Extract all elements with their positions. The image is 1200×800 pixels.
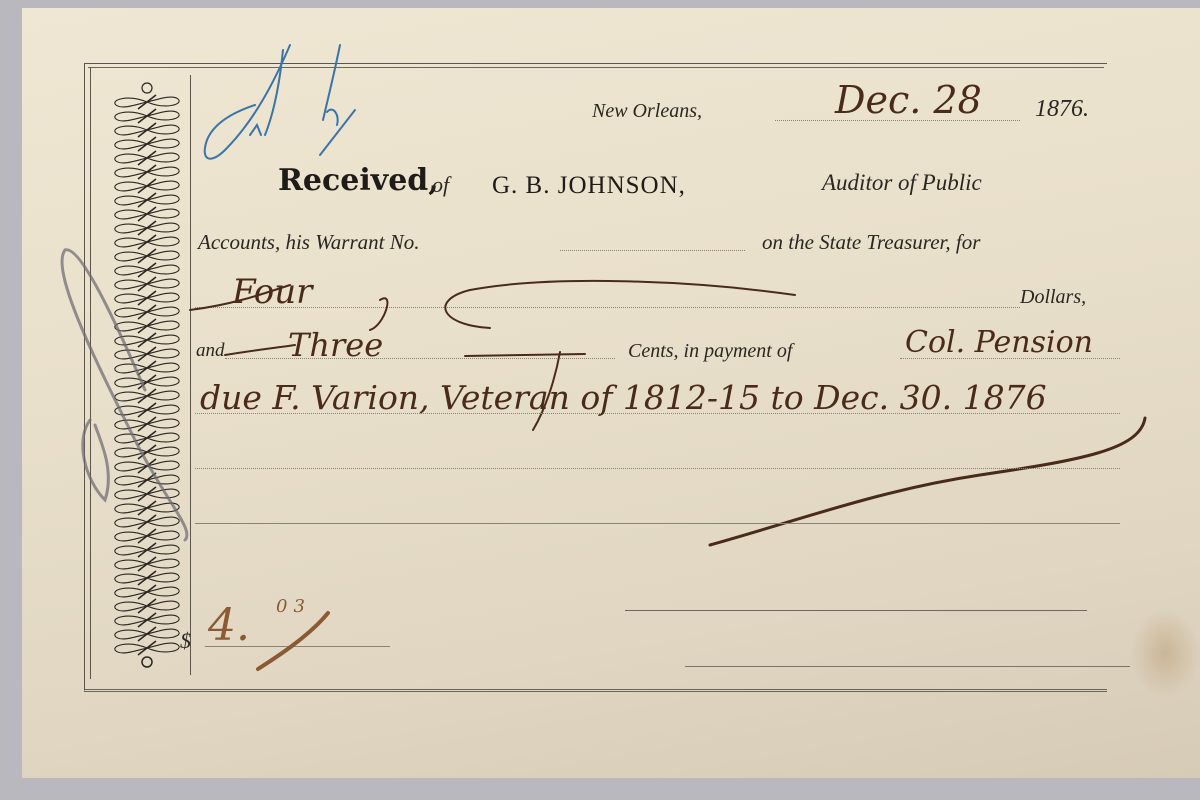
blank-line-1: [195, 468, 1120, 469]
year-printed: 1876.: [1035, 96, 1089, 123]
auditor-name: G. B. JOHNSON,: [492, 172, 686, 200]
accounts-warrant-label: Accounts, his Warrant No.: [198, 230, 419, 255]
of-label: of: [432, 172, 449, 198]
cents-payment-label: Cents, in payment of: [628, 340, 792, 363]
place-label: New Orleans,: [592, 100, 702, 123]
signature-line-1: [625, 610, 1087, 611]
date-handwritten: Dec. 28: [835, 78, 982, 122]
blank-line-2: [195, 523, 1120, 524]
amount-dollar-symbol: $: [180, 628, 191, 654]
warrant-number-field: [560, 250, 745, 251]
closing-flourish-icon: [700, 410, 1160, 555]
signature-line-2: [685, 666, 1130, 667]
blue-pencil-initials-icon: [195, 40, 365, 175]
amount-value: 4.: [208, 600, 250, 651]
treasurer-label: on the State Treasurer, for: [762, 230, 980, 255]
amount-slash-icon: [250, 605, 340, 675]
auditor-title: Auditor of Public: [822, 170, 982, 196]
dollars-label: Dollars,: [1020, 286, 1086, 309]
payment-for-handwritten: Col. Pension: [905, 325, 1093, 360]
paper-stain: [1130, 608, 1200, 698]
received-label: Received,: [278, 163, 439, 198]
